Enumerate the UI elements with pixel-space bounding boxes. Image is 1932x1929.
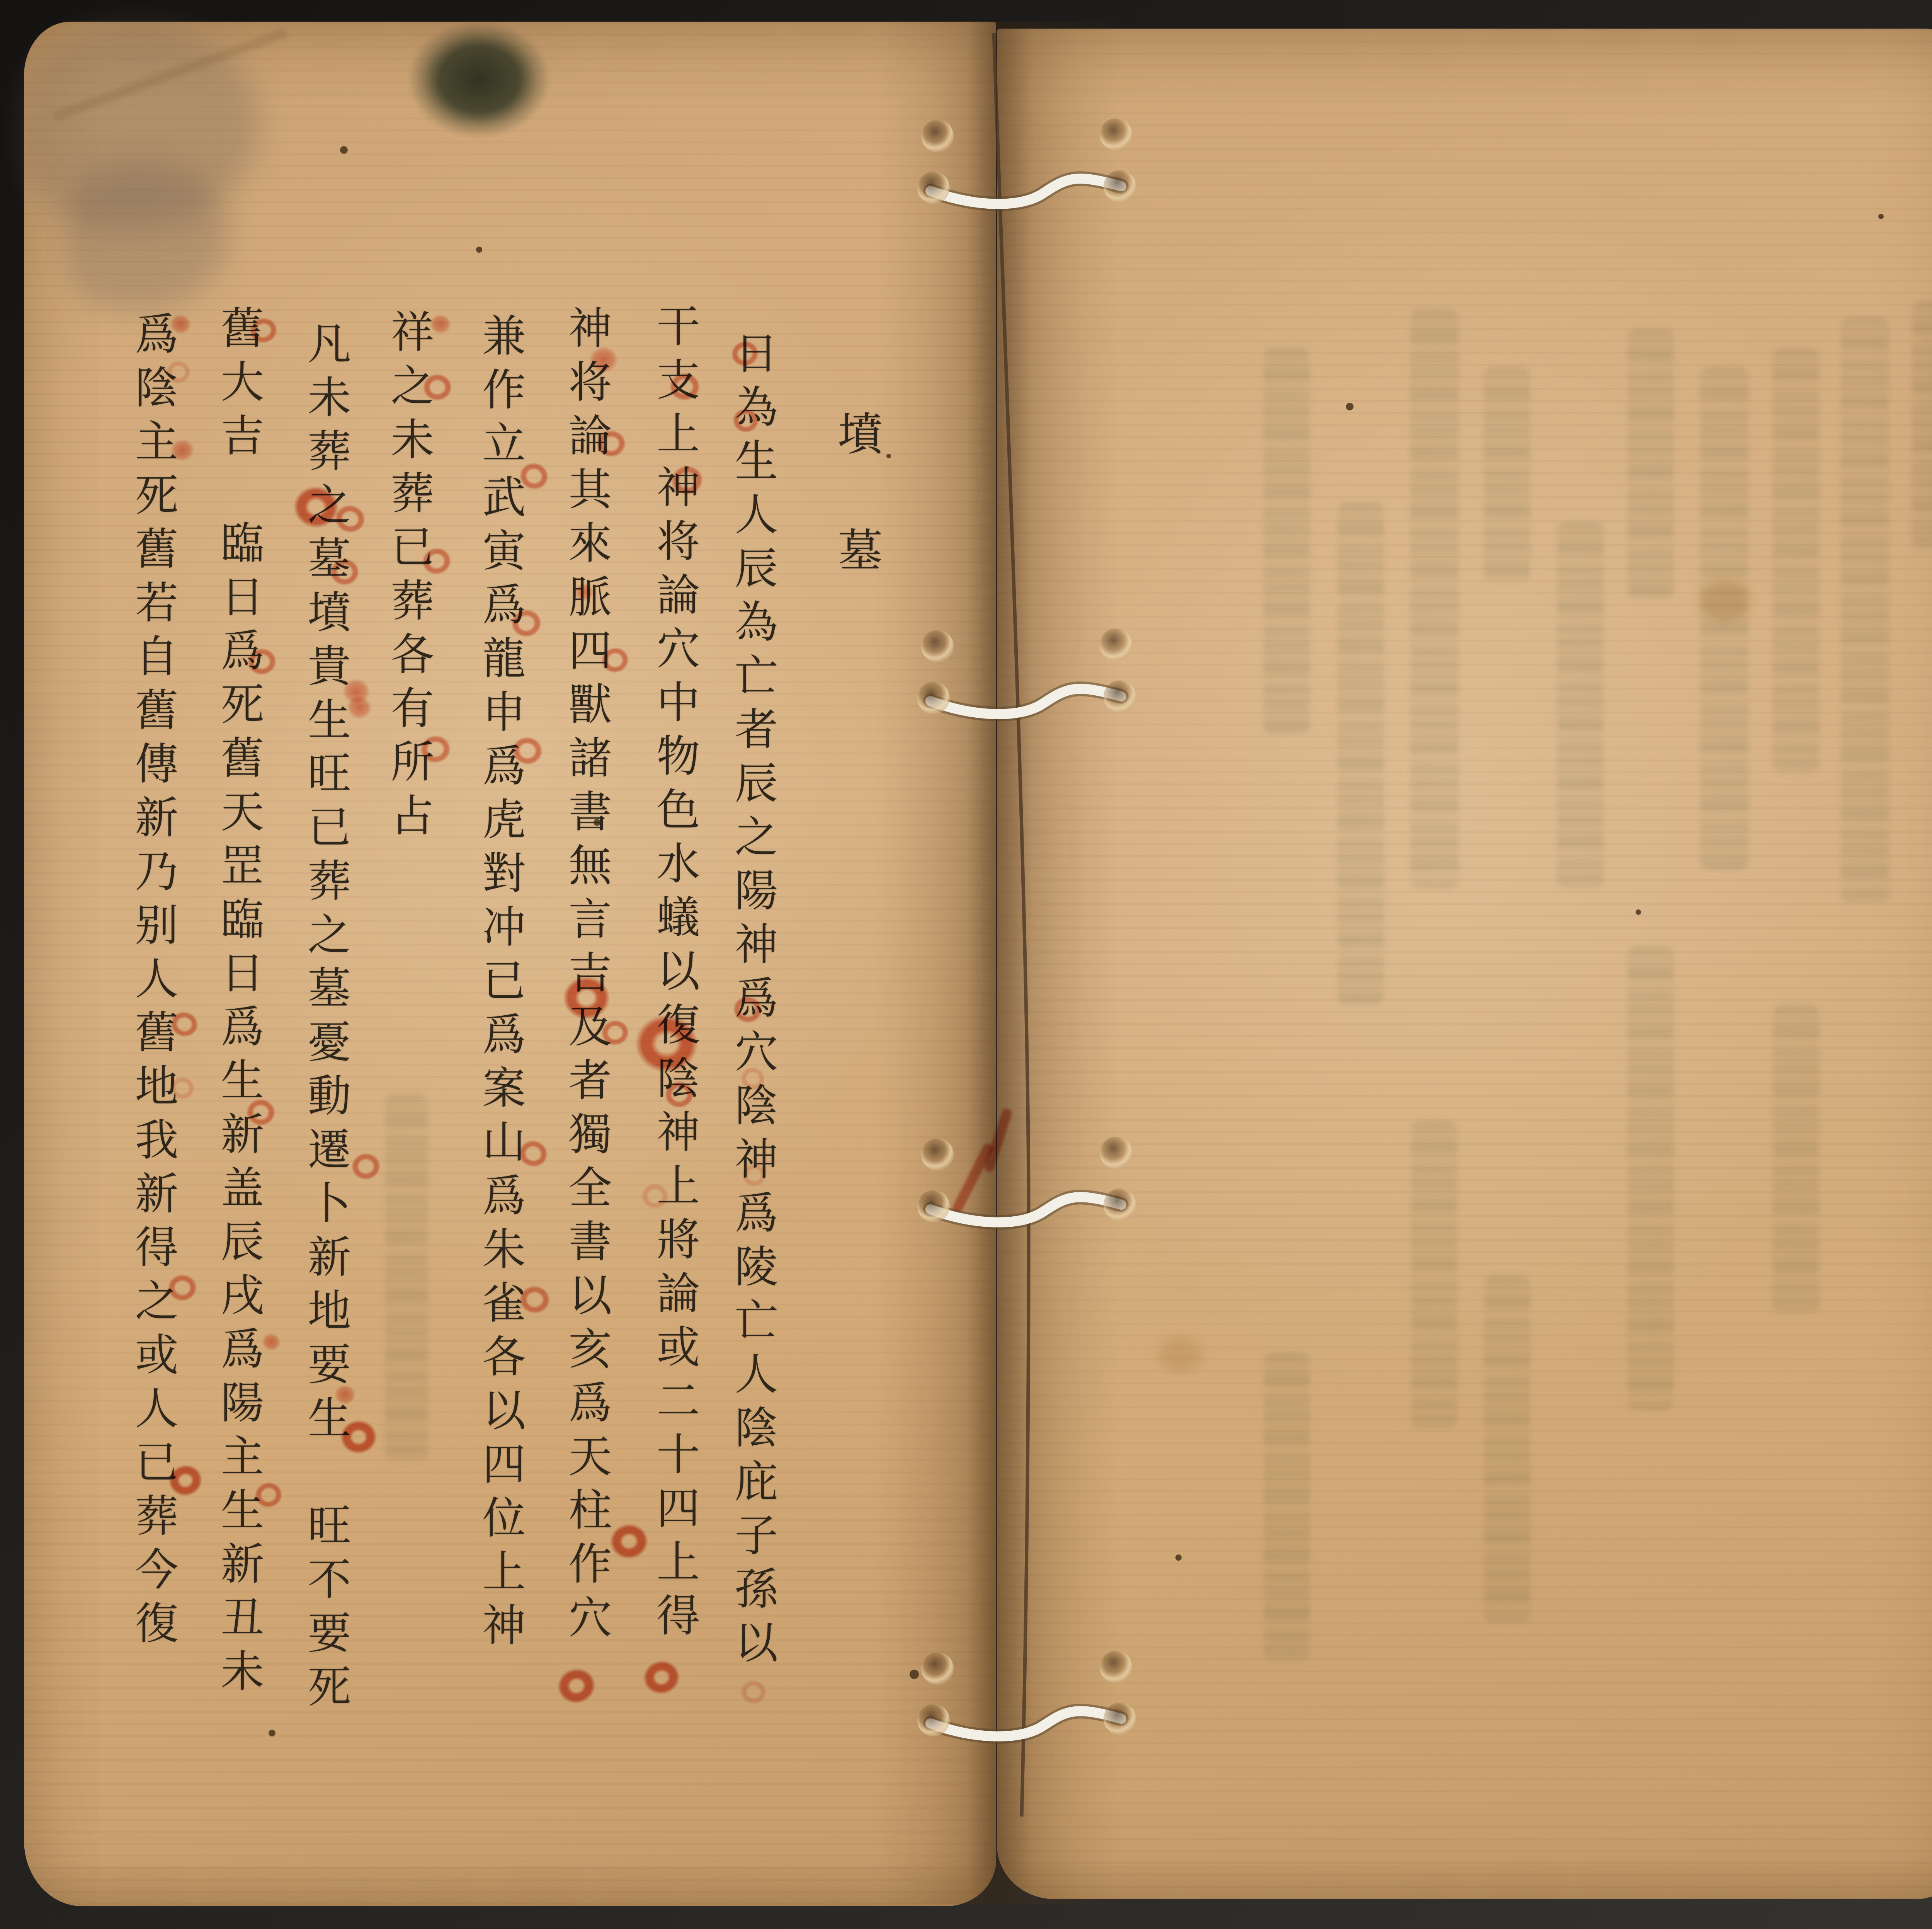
- text-column-8: 爲陰主死舊若自舊傳新乃别人舊地我新得之或人已葬今復: [131, 311, 175, 1654]
- red-circle-mark: [561, 974, 612, 1022]
- text-column-2: 干支上神将論穴中物色水蟻以復陰神上將論或二十四上得: [653, 303, 696, 1646]
- dirt-speck: [1044, 1719, 1052, 1727]
- dirt-speck: [1346, 403, 1354, 410]
- manuscript-scan: 墳墓 日為生人辰為亡者辰之陽神爲穴陰神爲陵亡人陰庇子孫以 干支上神将論穴中物色水…: [0, 0, 1932, 1929]
- dirt-speck: [340, 146, 348, 154]
- dirt-speck: [1175, 1554, 1182, 1561]
- dirt-speck: [1878, 214, 1884, 219]
- dirt-speck: [1636, 909, 1641, 915]
- paper-texture: [997, 29, 1932, 1899]
- stitch-hole: [1100, 628, 1132, 661]
- dirt-speck: [476, 247, 482, 253]
- stitch-hole: [1104, 1188, 1136, 1221]
- stitch-hole: [1100, 1651, 1132, 1683]
- red-circle-mark: [585, 343, 621, 376]
- stitch-hole: [1104, 1703, 1136, 1735]
- text-column-4: 兼作立武寅爲龍申爲虎對冲已爲案山爲朱雀各以四位上神: [479, 313, 522, 1656]
- stitch-hole: [917, 682, 950, 714]
- stitch-hole: [917, 172, 950, 204]
- stitch-hole: [917, 1704, 950, 1737]
- red-circle-mark: [164, 359, 192, 385]
- right-page: [997, 29, 1932, 1899]
- section-title: 墳墓: [834, 410, 879, 643]
- foxing-spot: [1700, 580, 1750, 622]
- stitch-hole: [1100, 118, 1132, 151]
- stitch-hole: [1104, 170, 1136, 203]
- stitch-hole: [917, 1190, 950, 1222]
- stitch-hole: [921, 1652, 954, 1685]
- dirt-speck: [910, 1670, 919, 1679]
- stitch-hole: [921, 630, 954, 662]
- stitch-hole: [921, 120, 954, 152]
- dirt-speck: [269, 1730, 276, 1737]
- stitch-hole: [1104, 680, 1136, 713]
- foxing-spot: [1159, 1337, 1202, 1372]
- stitch-hole: [921, 1138, 954, 1171]
- stitch-hole: [1100, 1137, 1132, 1169]
- dirt-speck: [886, 454, 891, 458]
